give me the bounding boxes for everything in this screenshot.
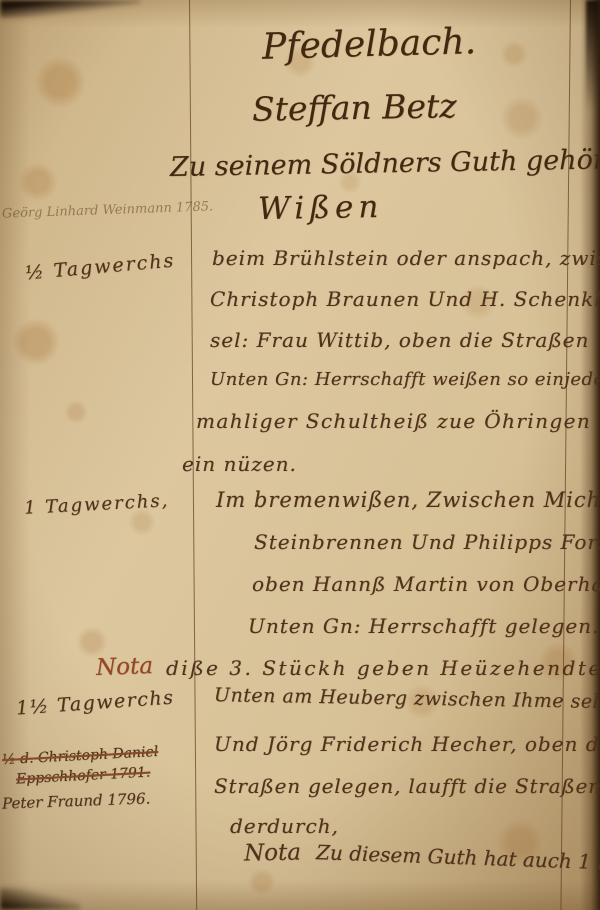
nota-label: Nota	[96, 653, 154, 681]
manuscript-line: Steinbrennen Und Philipps Forster,	[254, 530, 600, 554]
corner-shadow-top-right	[586, 0, 600, 110]
manuscript-page: Pfedelbach. Steffan Betz Zu seinem Söldn…	[0, 0, 600, 910]
place-title: Pfedelbach.	[262, 21, 477, 68]
closing-nota-label: Nota	[244, 840, 301, 867]
corner-shadow-bottom-left	[0, 888, 80, 910]
owner-name: Steffan Betz	[252, 86, 457, 129]
manuscript-line: Unten Gn: Herrschafft weißen so einjedes…	[210, 369, 600, 390]
manuscript-line: Im bremenwißen, Zwischen Michel	[216, 488, 600, 512]
manuscript-line: mahliger Schultheiß zue Öhringen —	[196, 409, 600, 433]
manuscript-line: Straßen gelegen, laufft die Straßen	[214, 774, 600, 798]
manuscript-line: sel: Frau Wittib, oben die Straßen	[210, 328, 589, 352]
manuscript-line: beim Brühlstein oder anspach, zwischen	[212, 246, 600, 270]
manuscript-line: ein nüzen.	[182, 452, 297, 476]
manuscript-line: Und Jörg Friderich Hecher, oben die	[214, 732, 600, 756]
corner-shadow-top-left	[0, 0, 140, 18]
manuscript-line: Unten Gn: Herrschafft gelegen.	[248, 614, 599, 638]
manuscript-line: oben Hannß Martin von Oberhaußen,	[252, 572, 600, 596]
manuscript-line: Christoph Braunen Und H. Schenkhen	[210, 287, 600, 311]
tithe-note: diße 3. Stückh geben Heüzehendten.	[166, 656, 600, 680]
manuscript-line: derdurch,	[230, 814, 339, 838]
section-heading-wissen: Wißen	[258, 189, 384, 227]
